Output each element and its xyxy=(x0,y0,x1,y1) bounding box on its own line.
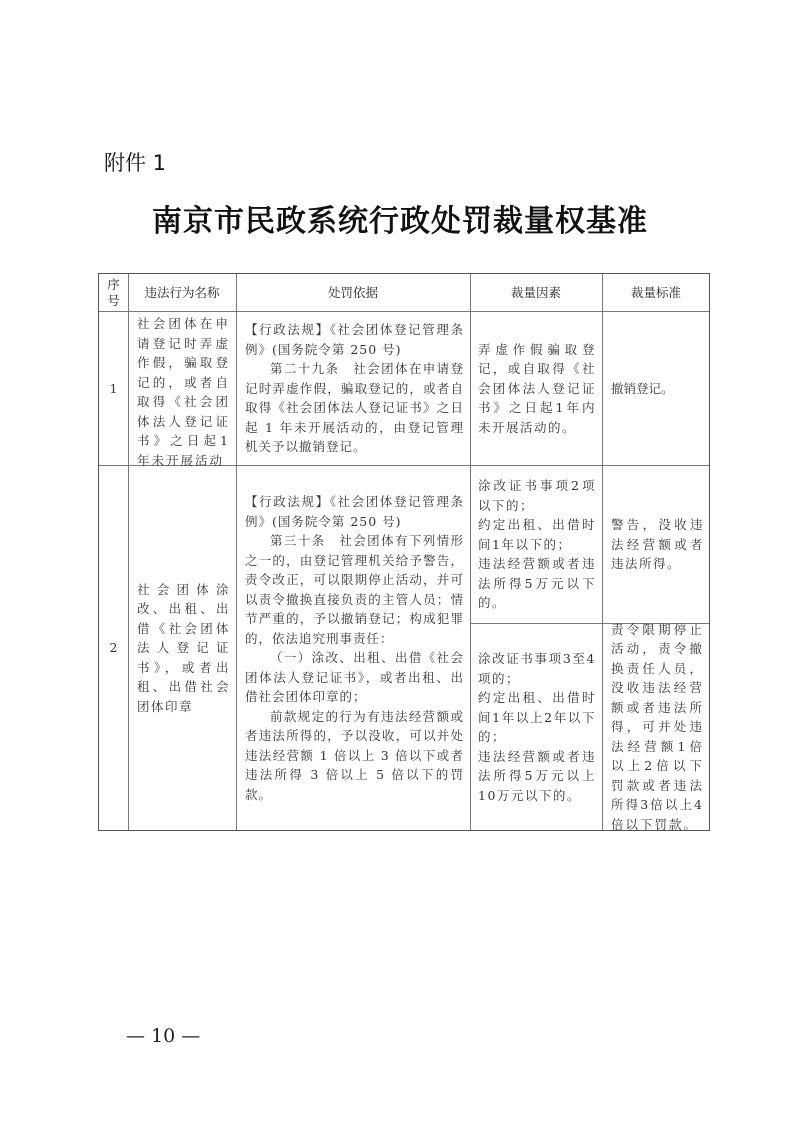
row2-basis-article-2: （一）涂改、出租、出借《社会团体法人登记证书》，或者出租、出借社会团体印章的； xyxy=(245,648,464,707)
row1-factors: 弄虚作假骗取登记，或自取得《社会团体法人登记证书》之日起1年内未开展活动的。 xyxy=(471,312,602,465)
factor-item: 约定出租、出借时间1年以下的； xyxy=(478,515,596,554)
header-standard: 裁量标准 xyxy=(602,274,710,311)
header-index-line2: 号 xyxy=(107,293,120,309)
row2-basis-source: 【行政法规】《社会团体登记管理条例》(国务院令第 250 号) xyxy=(245,492,464,531)
row1-standard-text: 撤销登记。 xyxy=(611,379,704,399)
row2-basis: 【行政法规】《社会团体登记管理条例》(国务院令第 250 号) 第三十条 社会团… xyxy=(237,466,470,830)
factor-item: 违法经营额或者违法所得5万元以上10万元以下的。 xyxy=(478,747,596,806)
header-index-line1: 序 xyxy=(107,277,120,293)
row2-basis-article-3: 前款规定的行为有违法经营额或者违法所得的，予以没收，可以并处违法经营额 1 倍以… xyxy=(245,707,464,805)
row2-level1-factors: 涂改证书事项2项以下的； 约定出租、出借时间1年以下的； 违法经营额或者违法所得… xyxy=(471,466,602,623)
document-title: 南京市民政系统行政处罚裁量权基准 xyxy=(0,196,800,240)
penalty-discretion-table: 序 号 违法行为名称 处罚依据 裁量因素 裁量标准 1 社会团体在申请登记时弄虚… xyxy=(98,273,710,831)
row1-basis-article: 第二十九条 社会团体在申请登记时弄虚作假，骗取登记的，或者自取得《社会团体法人登… xyxy=(245,359,464,457)
row2-violation: 社会团体涂改、出租、出借《社会团体法人登记证书》，或者出租、出借社会团体印章 xyxy=(129,466,236,830)
header-factors: 裁量因素 xyxy=(470,274,602,311)
header-violation: 违法行为名称 xyxy=(128,274,236,311)
factor-item: 约定出租、出借时间1年以上2年以下的； xyxy=(478,688,596,747)
row1-basis: 【行政法规】《社会团体登记管理条例》(国务院令第 250 号) 第二十九条 社会… xyxy=(237,312,470,465)
page-number: — 10 — xyxy=(126,1025,200,1047)
row2-index: 2 xyxy=(99,466,128,830)
attachment-label: 附件 1 xyxy=(104,147,166,177)
factor-item: 涂改证书事项2项以下的； xyxy=(478,476,596,515)
row2-violation-text: 社会团体涂改、出租、出借《社会团体法人登记证书》，或者出租、出借社会团体印章 xyxy=(137,580,230,717)
row2-basis-article-1: 第三十条 社会团体有下列情形之一的，由登记管理机关给予警告，责令改正，可以限期停… xyxy=(245,531,464,648)
row2-level1-standard-text: 警告，没收违法经营额或者违法所得。 xyxy=(611,515,704,574)
row2-level2-factors: 涂改证书事项3至4项的； 约定出租、出借时间1年以上2年以下的； 违法经营额或者… xyxy=(471,624,602,830)
header-basis: 处罚依据 xyxy=(236,274,470,311)
row2-level2-standard: 责令限期停止活动，责令撤换责任人员，没收违法经营额或者违法所得，可并处违法经营额… xyxy=(603,624,710,830)
factor-item: 涂改证书事项3至4项的； xyxy=(478,649,596,688)
factor-item: 违法经营额或者违法所得5万元以下的。 xyxy=(478,554,596,613)
row2-level2-standard-text: 责令限期停止活动，责令撤换责任人员，没收违法经营额或者违法所得，可并处违法经营额… xyxy=(611,620,704,835)
row1-basis-source: 【行政法规】《社会团体登记管理条例》(国务院令第 250 号) xyxy=(245,320,464,359)
header-index: 序 号 xyxy=(99,274,128,311)
row1-standard: 撤销登记。 xyxy=(603,312,710,465)
row2-level1-standard: 警告，没收违法经营额或者违法所得。 xyxy=(603,466,710,623)
row1-factors-text: 弄虚作假骗取登记，或自取得《社会团体法人登记证书》之日起1年内未开展活动的。 xyxy=(478,340,596,438)
row1-violation: 社会团体在申请登记时弄虚作假，骗取登记的，或者自取得《社会团体法人登记证书》之日… xyxy=(129,314,236,470)
row1-index: 1 xyxy=(99,312,128,465)
